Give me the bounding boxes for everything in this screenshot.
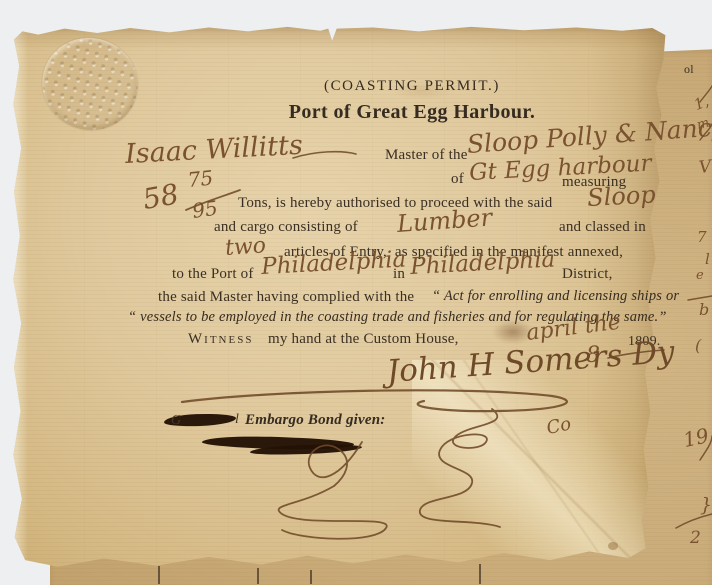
witness-line: my hand at the Custom House, — [268, 331, 459, 348]
scanned-coasting-permit: (COASTING PERMIT.) Port of Great Egg Har… — [0, 0, 712, 585]
cargo-line-a: and cargo consisting of — [214, 219, 358, 236]
text-fragment: l — [235, 412, 239, 428]
underlay-rule-mark — [479, 564, 481, 584]
ink-smudge — [492, 320, 534, 344]
text-fragment: 7 — [697, 228, 707, 246]
witness-word: Witness — [188, 331, 253, 348]
text-fragment: 2 — [690, 528, 701, 548]
underlay-rule-mark — [257, 568, 259, 584]
underlay-rule-mark — [310, 570, 312, 584]
tonnage-numerator-handwriting: 75 — [186, 165, 214, 192]
port-line-a: to the Port of — [172, 266, 254, 283]
text-fragment: ( — [695, 336, 701, 355]
port-line-c: District, — [562, 266, 613, 283]
port-line-b: in — [393, 266, 405, 283]
text-fragment: l — [705, 250, 710, 268]
act-line-a: the said Master having complied with the — [158, 289, 414, 306]
fold-crease — [412, 360, 662, 570]
underlay-rule-mark — [158, 566, 160, 584]
embossed-seal — [30, 25, 150, 142]
text-fragment: } — [700, 494, 712, 516]
text-fragment: G — [171, 413, 181, 429]
tonnage-whole-handwriting: 58 — [140, 177, 181, 216]
act-line-b: “ Act for enrolling and licensing ships … — [432, 288, 679, 305]
permit-type-heading: (COASTING PERMIT.) — [262, 78, 562, 95]
of-label: of — [451, 171, 464, 188]
text-fragment: b — [699, 300, 709, 319]
master-of-label: Master of the — [385, 147, 468, 164]
text-fragment: V — [698, 157, 712, 178]
paper-stain — [608, 542, 618, 550]
text-fragment: ol — [684, 62, 694, 77]
vessel-type-handwriting: Sloop — [587, 180, 657, 212]
cargo-line-b: and classed in — [559, 219, 646, 236]
port-title-heading: Port of Great Egg Harbour. — [254, 101, 570, 124]
embargo-bond-note: Embargo Bond given: — [245, 412, 385, 429]
text-fragment: e — [696, 268, 704, 283]
